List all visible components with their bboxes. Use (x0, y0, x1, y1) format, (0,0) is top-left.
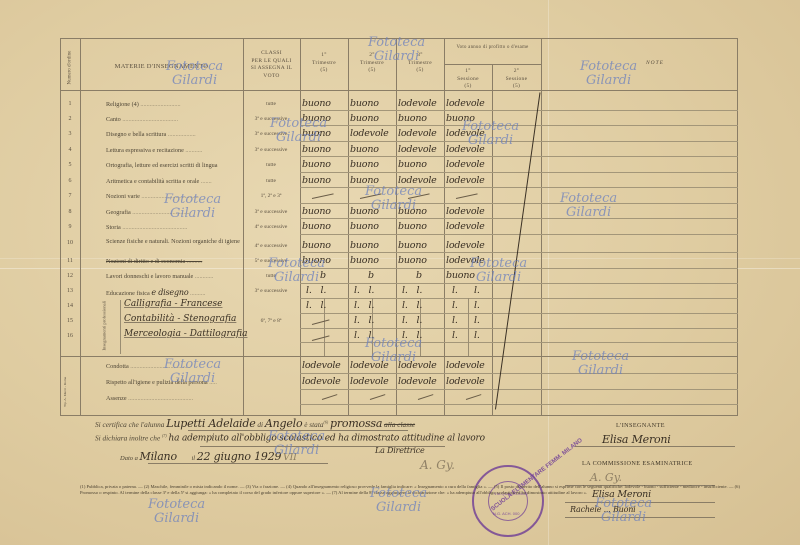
grade-term2: buono (350, 255, 379, 266)
grade-term3: lodevole (398, 144, 437, 155)
absences-label: Assenze ................................… (106, 395, 193, 402)
certify-di: di (257, 420, 263, 429)
grade-term2: b (368, 270, 374, 281)
il-label: il (192, 455, 196, 462)
header-notes: NOTE (640, 60, 670, 68)
grade-term1: buono (302, 144, 331, 155)
row-line (300, 110, 738, 111)
handwritten-subject: Contabilità - Stenografia (124, 314, 236, 324)
watermark: FototecaGilardi (572, 350, 629, 377)
watermark: FototecaGilardi (164, 193, 221, 220)
header-term-note: (5) (396, 67, 444, 75)
grade-term1: buono (302, 175, 331, 186)
declaration-text: ha adempiuto all'obbligo scolastico ed h… (169, 433, 485, 443)
header-annual-grade: Voto annuo di profitto o d'esame (444, 45, 541, 52)
classes-value: 1ª, 2ª e 3ª (236, 193, 306, 199)
professional-label: Insegnamenti professionali (102, 299, 107, 351)
watermark: FototecaGilardi (268, 257, 325, 284)
conduct-term1: lodevole (302, 360, 341, 371)
watermark: FototecaGilardi (560, 192, 617, 219)
watermark: FototecaGilardi (370, 487, 427, 514)
classes-value: 4ª e successive (236, 243, 306, 249)
grade-term3: b (416, 270, 422, 281)
subject-label: Lavori donneschi e lavoro manuale ......… (106, 273, 213, 280)
header-session2: 2° Sessione (5) (492, 68, 541, 91)
grade-term2: buono (350, 159, 379, 170)
grade-session1: lodevole (446, 175, 485, 186)
header-term1: 1° Trimestre (5) (300, 52, 348, 75)
watermark: FototecaGilardi (164, 358, 221, 385)
grade-session1: lodevole (446, 98, 485, 109)
column-divider (444, 38, 445, 416)
subject-label: Canto ..................................… (106, 116, 178, 123)
header-divider (444, 64, 541, 65)
grade-term2: buono (350, 221, 379, 232)
watermark: FototecaGilardi (148, 498, 205, 525)
grade-term1: buono (302, 159, 331, 170)
grade-session1: lodevole (446, 206, 485, 217)
header-session-note: (5) (444, 83, 492, 91)
underline (148, 463, 328, 464)
classes-value: tutte (236, 178, 306, 184)
row-number: 8 (60, 209, 80, 215)
classes-value: 3ª e successive (236, 209, 306, 215)
header-bottom-line (60, 90, 738, 91)
row-number: 11 (60, 258, 80, 264)
report-card-page: Numero d'ordine MATERIE D'INSEGNAMENTO C… (0, 0, 800, 545)
hygiene-term2: lodevole (350, 376, 389, 387)
classes-value: 4ª e successive (236, 224, 306, 230)
subject-label: Disegno e bella scrittura ..............… (106, 131, 196, 138)
classes-value: 6ª, 7ª e 8ª (236, 318, 306, 324)
grade-term3: buono (398, 221, 427, 232)
row-number: 1 (60, 101, 80, 107)
header-classes: CLASSI PER LE QUALI SI ASSEGNA IL VOTO (243, 50, 300, 81)
row-number: 3 (60, 131, 80, 137)
row-number: 9 (60, 224, 80, 230)
row-line (300, 156, 738, 157)
subject-label: Storia .................................… (106, 224, 187, 231)
row-number: 12 (60, 273, 80, 279)
header-session-note: (5) (492, 83, 541, 91)
stamp-center: N.G. ACH. 000 (493, 511, 519, 516)
director-label: La Direttrice (375, 446, 425, 455)
grade-term1: l. l. (306, 300, 326, 311)
grade-session2: l. (474, 300, 480, 311)
grade-session1: l. (452, 285, 458, 296)
header-classes-line: CLASSI (243, 50, 300, 58)
grade-term3: buono (398, 255, 427, 266)
column-divider (348, 38, 349, 416)
handwritten-subject: Calligrafia - Francese (124, 299, 222, 309)
watermark: FototecaGilardi (365, 337, 422, 364)
grade-term2: buono (350, 98, 379, 109)
grade-term3: lodevole (398, 128, 437, 139)
row-line (300, 218, 738, 219)
printer-note: Tip. A. Marzi - Roma (63, 357, 67, 407)
signature-line (575, 446, 735, 447)
watermark: FototecaGilardi (595, 497, 652, 524)
grade-session1: l. (452, 330, 458, 341)
grade-session1: l. (452, 315, 458, 326)
declaration-prefix: Si dichiara inoltre che (95, 433, 160, 442)
watermark: FototecaGilardi (368, 36, 425, 63)
header-classes-line: PER LE QUALI (243, 58, 300, 66)
grade-term3: lodevole (398, 98, 437, 109)
grade-term3: buono (398, 240, 427, 251)
grade-session1: lodevole (446, 240, 485, 251)
hygiene-term3: lodevole (398, 376, 437, 387)
watermark: FototecaGilardi (462, 120, 519, 147)
header-number: Numero d'ordine (68, 41, 73, 85)
row-number: 14 (60, 303, 80, 309)
header-term-ordinal: 1° (300, 52, 348, 60)
row-number: 4 (60, 147, 80, 153)
row-line (300, 172, 738, 173)
grade-session2: l. (474, 330, 480, 341)
footnote-ref: (6) (324, 420, 329, 425)
grade-session1: lodevole (446, 159, 485, 170)
grade-session2: l. (474, 315, 480, 326)
grade-term2: buono (350, 113, 379, 124)
classes-value: tutte (236, 101, 306, 107)
school-stamp: SCUOLA ELEMENTARE FEMM. MILANO VIA QUADR… (472, 465, 544, 537)
certify-prefix: Si certifica che l'alunna (95, 420, 164, 429)
row-number: 13 (60, 288, 80, 294)
header-term-note: (5) (300, 67, 348, 75)
bracket-line (120, 300, 121, 354)
grade-term1: buono (302, 240, 331, 251)
grade-session1: l. (452, 300, 458, 311)
row-number: 7 (60, 193, 80, 199)
column-divider (492, 64, 493, 416)
column-divider (541, 38, 542, 416)
grade-term2: l. l. (354, 300, 374, 311)
watermark: FototecaGilardi (365, 185, 422, 212)
row-line (300, 252, 738, 253)
header-classes-line: SI ASSEGNA IL VOTO (243, 65, 300, 80)
classes-value: 3ª e successive (236, 288, 306, 294)
watermark: FototecaGilardi (580, 60, 637, 87)
grade-term2: l. l. (354, 315, 374, 326)
teacher-label: L'INSEGNANTE (616, 422, 665, 429)
grade-term2: buono (350, 144, 379, 155)
column-divider (80, 38, 81, 416)
grade-term3: buono (398, 159, 427, 170)
grade-term1: buono (302, 98, 331, 109)
header-session1: 1° Sessione (5) (444, 68, 492, 91)
certify-stata: è stata (304, 420, 323, 429)
commission-label: LA COMMISSIONE ESAMINATRICE (582, 460, 693, 467)
row-number: 6 (60, 178, 80, 184)
row-number: 10 (60, 240, 80, 246)
grade-session1: lodevole (446, 221, 485, 232)
sub-column-divider (468, 298, 469, 356)
grade-session2: l. (474, 285, 480, 296)
grade-term1: l. l. (306, 285, 326, 296)
subject-label: Ortografia, letture ed esercizi scritti … (106, 162, 218, 169)
watermark: FototecaGilardi (470, 257, 527, 284)
grade-term2: l. l. (354, 285, 374, 296)
outcome-suffix: alla classe (384, 420, 415, 429)
row-number: 5 (60, 162, 80, 168)
subject-label: Lettura espressiva e recitazione .......… (106, 147, 202, 154)
hygiene-term1: lodevole (302, 376, 341, 387)
student-name: Lupetti Adelaide (166, 417, 255, 430)
certify-line: Si certifica che l'alunna Lupetti Adelai… (95, 417, 415, 430)
subject-label: Educazione fisica e disegno .......... (106, 288, 205, 297)
grade-term3: buono (398, 113, 427, 124)
header-session-ordinal: 1° (444, 68, 492, 76)
handwritten-subject: Merceologia - Dattilografia (124, 329, 247, 339)
row-number: 2 (60, 116, 80, 122)
hygiene-session1: lodevole (446, 376, 485, 387)
grade-term3: l. l. (402, 300, 422, 311)
row-number: 16 (60, 333, 80, 339)
outcome: promossa (330, 417, 382, 430)
teacher-signature: Elisa Meroni (602, 433, 671, 446)
watermark: FototecaGilardi (268, 430, 325, 457)
grade-term2: lodevole (350, 128, 389, 139)
grade-term2: buono (350, 240, 379, 251)
director-signature: A. Gy. (420, 458, 455, 472)
row-line (300, 389, 738, 390)
row-line (300, 298, 738, 299)
row-number: 15 (60, 318, 80, 324)
footnote-ref: (7) (162, 433, 167, 438)
row-line (300, 313, 738, 314)
commission-signature: A. Gy. (590, 471, 622, 484)
subject-label: Religione (4) .......................... (106, 101, 181, 108)
dato-a-label: Dato a (120, 455, 138, 462)
watermark: FototecaGilardi (270, 117, 327, 144)
subject-label: Scienze fisiche e naturali. Nozioni orga… (106, 238, 242, 246)
watermark: FototecaGilardi (166, 60, 223, 87)
grade-term3: l. l. (402, 285, 422, 296)
header-term-note: (5) (348, 67, 396, 75)
classes-value: 3ª e successive (236, 147, 306, 153)
row-line (300, 373, 738, 374)
row-line (300, 328, 738, 329)
subject-label: Aritmetica e contabilità scritta e orale… (106, 178, 212, 185)
place: Milano (140, 450, 177, 463)
grade-term1: buono (302, 221, 331, 232)
handwritten-subject: e disegno (151, 288, 188, 297)
header-session-ordinal: 2° (492, 68, 541, 76)
conduct-session1: lodevole (446, 360, 485, 371)
grade-term3: l. l. (402, 315, 422, 326)
classes-value: tutte (236, 162, 306, 168)
subject-label: Nozioni di diritto e di economia .......… (106, 258, 202, 265)
row-line (300, 404, 738, 405)
grade-term1: buono (302, 206, 331, 217)
